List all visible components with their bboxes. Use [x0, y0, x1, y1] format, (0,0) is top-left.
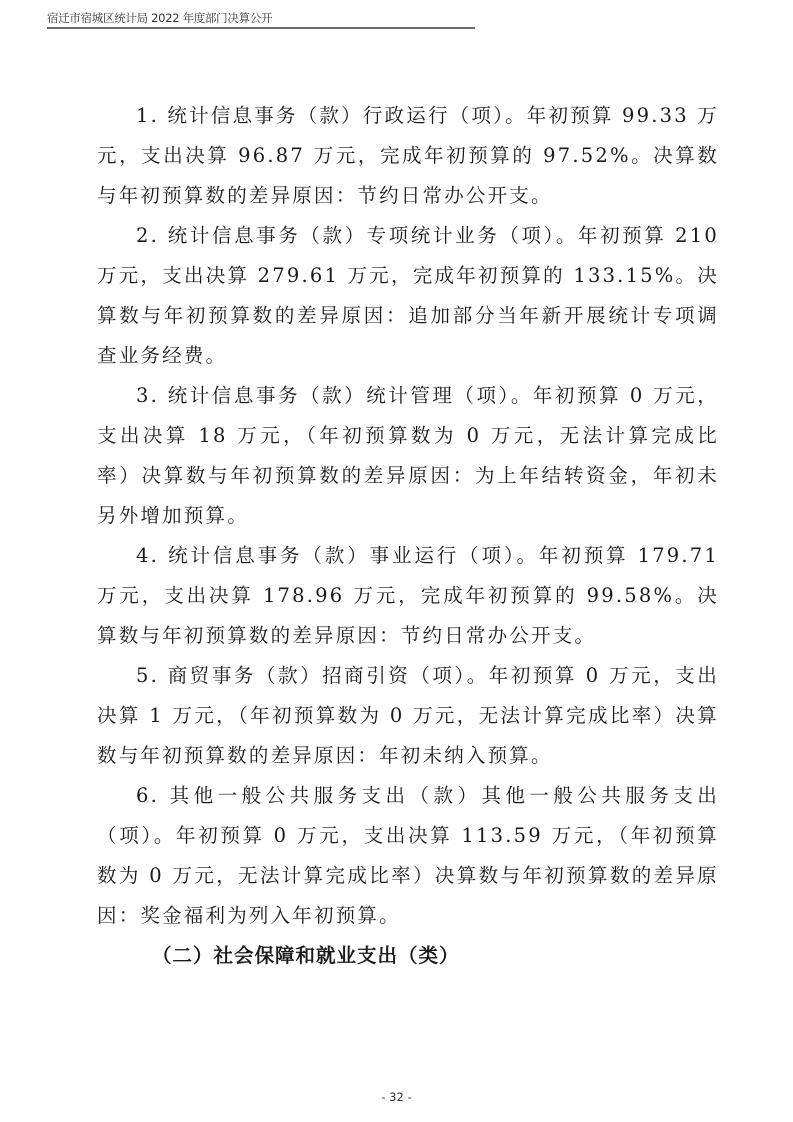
document-body: 1. 统计信息事务（款）行政运行（项）。年初预算 99.33 万元，支出决算 9…	[97, 96, 719, 976]
paragraph-item-2: 2. 统计信息事务（款）专项统计业务（项）。年初预算 210 万元，支出决算 2…	[97, 216, 719, 376]
paragraph-item-3: 3. 统计信息事务（款）统计管理（项）。年初预算 0 万元，支出决算 18 万元…	[97, 376, 719, 536]
paragraph-item-4: 4. 统计信息事务（款）事业运行（项）。年初预算 179.71 万元，支出决算 …	[97, 536, 719, 656]
page-number: - 32 -	[0, 1090, 793, 1104]
paragraph-item-1: 1. 统计信息事务（款）行政运行（项）。年初预算 99.33 万元，支出决算 9…	[97, 96, 719, 216]
page-header: 宿迁市宿城区统计局 2022 年度部门决算公开	[47, 10, 475, 26]
header-divider	[47, 27, 475, 29]
paragraph-item-5: 5. 商贸事务（款）招商引资（项）。年初预算 0 万元，支出决算 1 万元，（年…	[97, 656, 719, 776]
section-heading: （二）社会保障和就业支出（类）	[97, 936, 719, 976]
paragraph-item-6: 6. 其他一般公共服务支出（款）其他一般公共服务支出（项）。年初预算 0 万元，…	[97, 776, 719, 936]
